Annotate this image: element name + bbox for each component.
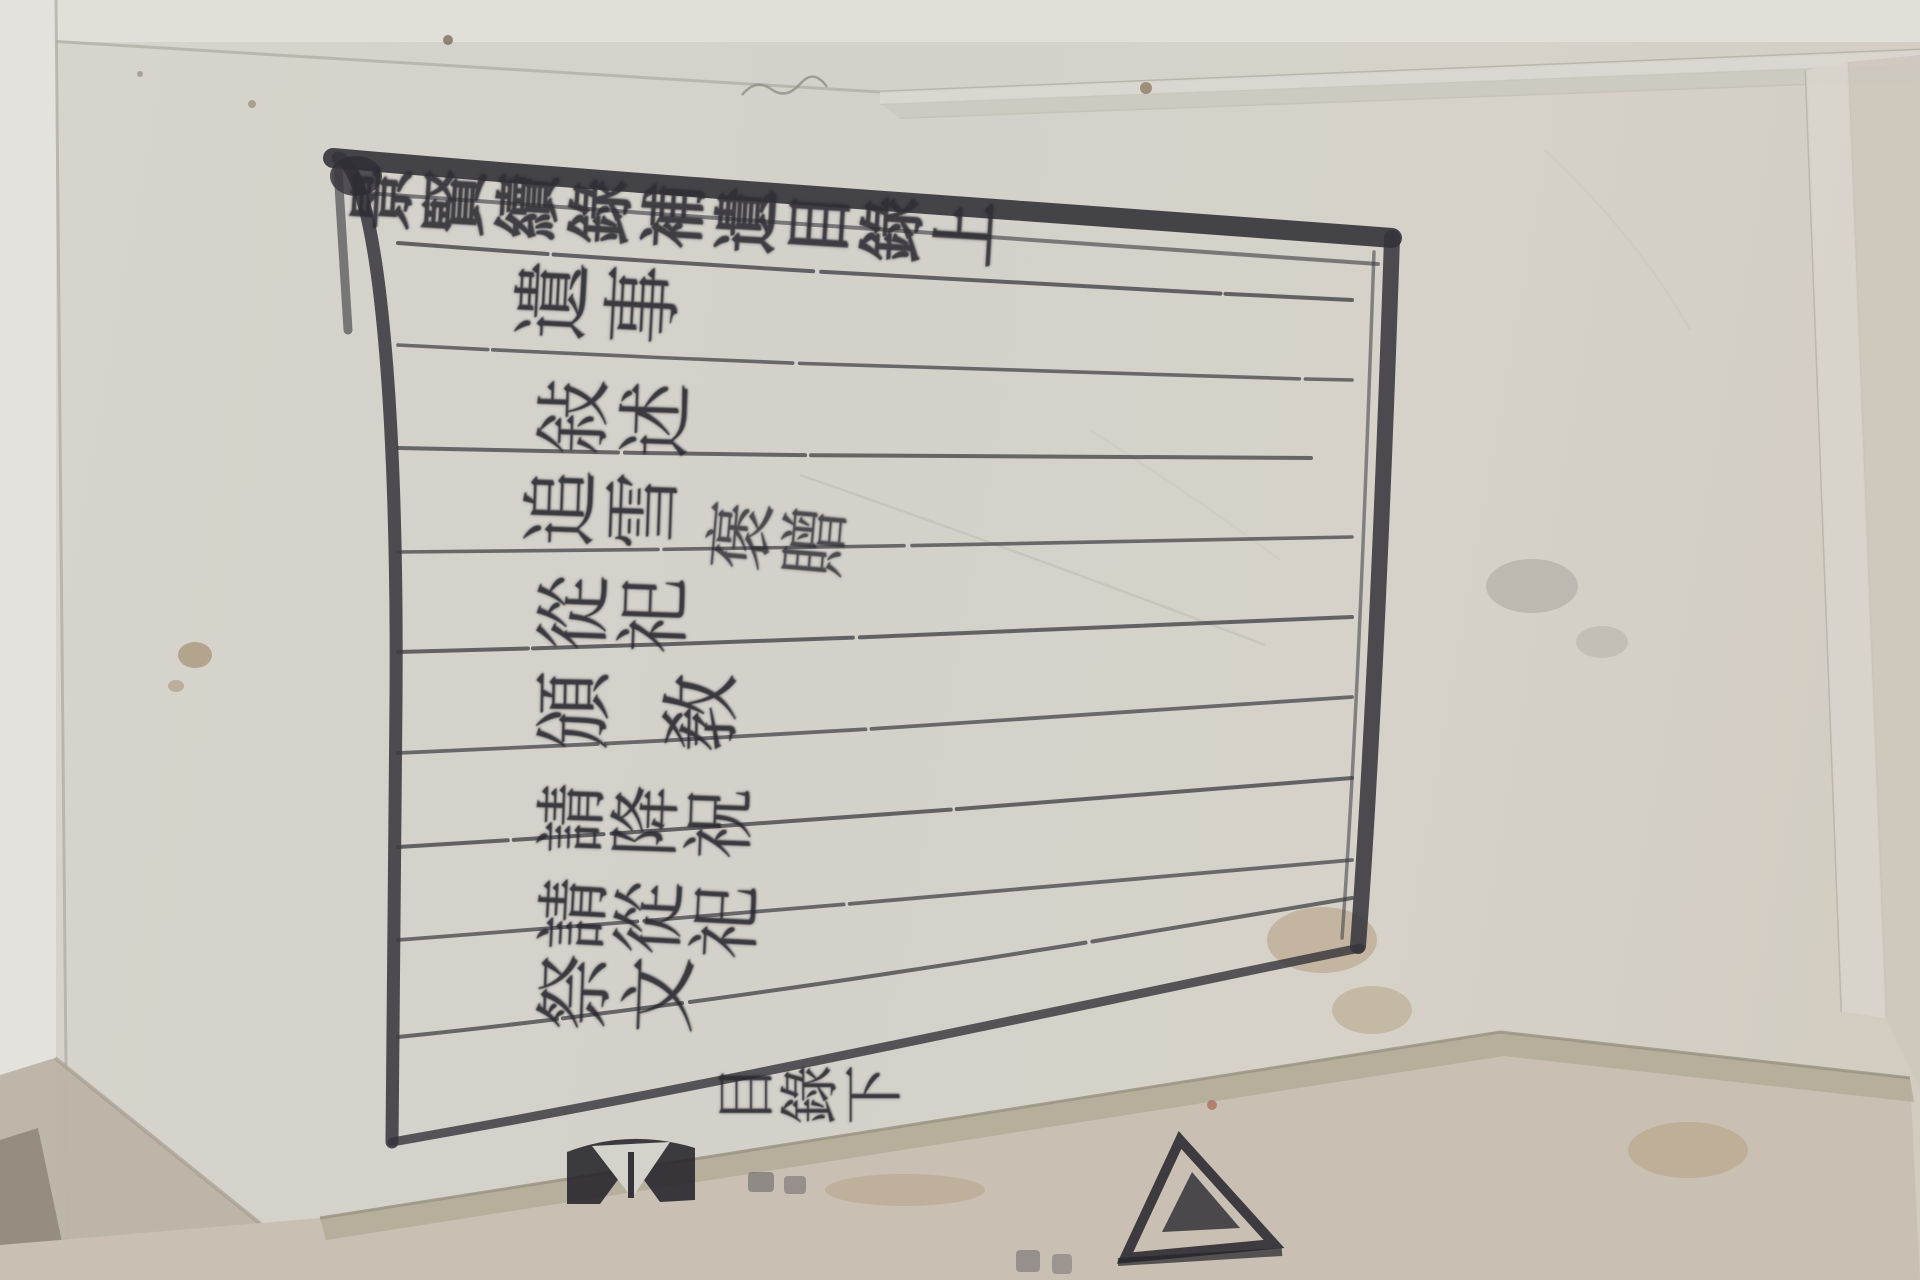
toc-entry-seosul: 敍述	[532, 381, 699, 468]
toc-entry-chuseol: 追雪	[518, 473, 685, 562]
toc-entry-cheong-gangchuk: 請降祝	[532, 785, 757, 870]
toc-entry-jemun: 祭文	[532, 957, 703, 1046]
toc-entry-pojung: 褒贈	[700, 501, 854, 589]
paper-background	[0, 0, 1920, 1280]
toc-next-volume-label: 目錄下	[714, 1068, 906, 1132]
toc-entry-yusa: 遺事	[508, 263, 692, 358]
toc-entry-jongsa: 從祀	[532, 577, 695, 664]
top-page-edge	[0, 0, 1920, 42]
book-page-photo: 景賢續錄補遺目錄上 遺事 敍述 追雪 褒贈 從祀 頒敎 請降祝 請從祀 祭文 目…	[0, 0, 1920, 1280]
fishtail-ornament-upper	[567, 1139, 695, 1204]
toc-entry-bangyo: 頒敎	[530, 674, 787, 764]
